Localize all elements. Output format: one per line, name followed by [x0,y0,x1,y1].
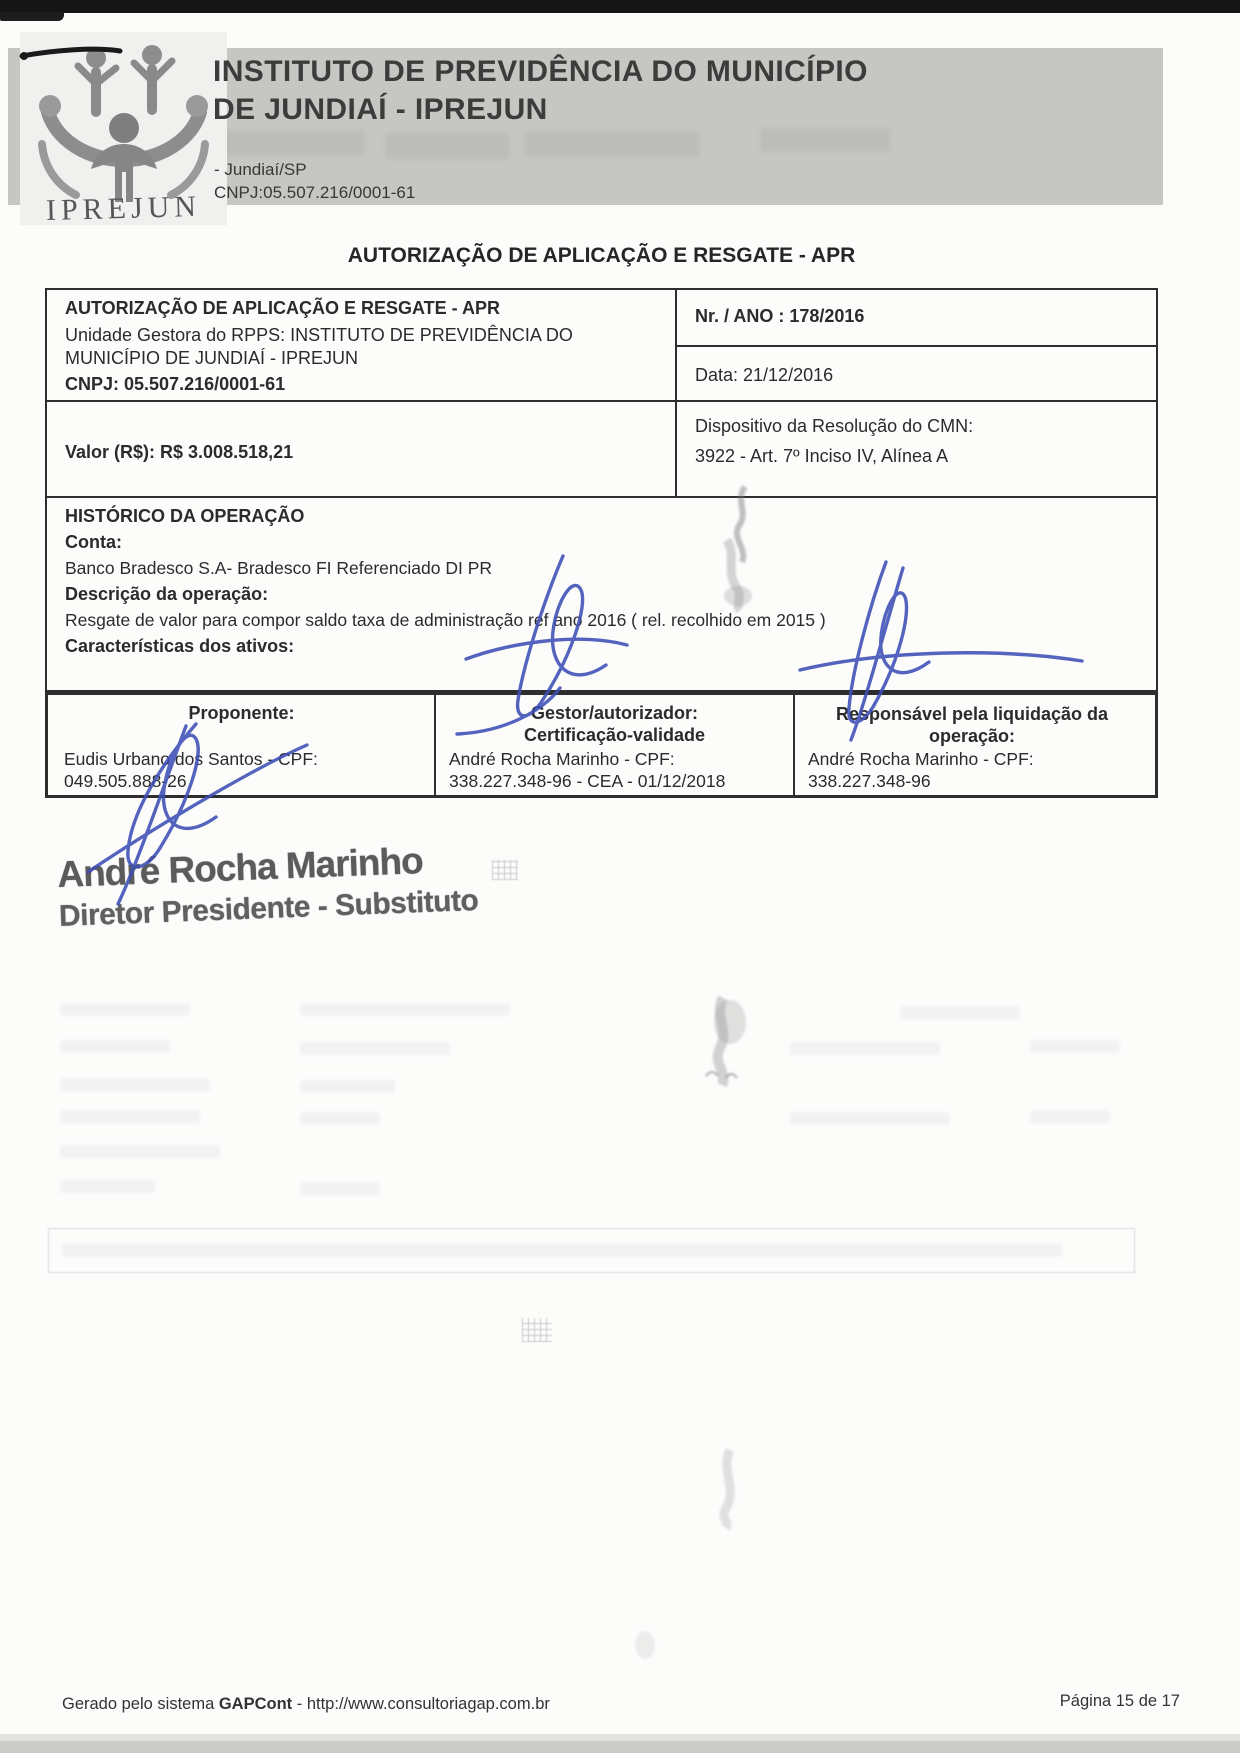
bleed-through-mark [62,1243,1062,1257]
valor: Valor (R$): R$ 3.008.518,21 [65,442,293,463]
scan-bottom-edge [0,1741,1240,1753]
nr-ano: Nr. / ANO : 178/2016 [695,306,864,327]
dispositivo-value: 3922 - Art. 7º Inciso IV, Alínea A [695,446,948,467]
footer-generated: Gerado pelo sistema GAPCont - http://www… [62,1695,550,1714]
bleed-through-mark [525,131,700,157]
bleed-through-mark [60,1180,155,1193]
apr-cell-title: AUTORIZAÇÃO DE APLICAÇÃO E RESGATE - APR [65,298,500,319]
dispositivo-label: Dispositivo da Resolução do CMN: [695,416,973,437]
bleed-through-mark [790,1112,950,1125]
footer-page-info: Página 15 de 17 [980,1692,1180,1711]
cell-data: Data: 21/12/2016 [675,345,1158,402]
bleed-through-mark [385,133,510,159]
data-value: Data: 21/12/2016 [695,365,833,386]
grid-smudge [492,860,518,880]
responsavel-header: Responsável pela liquidação da operação: [822,703,1122,747]
bleed-through-mark [760,128,890,152]
cell-historico: HISTÓRICO DA OPERAÇÃO Conta: Banco Brade… [45,498,1158,692]
org-name-line1: INSTITUTO DE PREVIDÊNCIA DO MUNICÍPIO [213,55,868,89]
cell-gestor: Gestor/autorizador: Certificação-validad… [434,692,795,798]
proponente-cpf: 049.505.888-26 [64,771,187,792]
footer-system-name: GAPCont [219,1695,292,1713]
scan-bottom-shadow [0,1734,1240,1741]
historico-title: HISTÓRICO DA OPERAÇÃO [65,506,304,527]
org-name-line2: DE JUNDIAÍ - IPREJUN [213,93,548,127]
descricao-label: Descrição da operação: [65,584,268,605]
org-cnpj: CNPJ:05.507.216/0001-61 [214,183,415,203]
form-cnpj: CNPJ: 05.507.216/0001-61 [65,374,285,395]
caracteristicas-label: Características dos ativos: [65,636,294,657]
gestor-header-line1: Gestor/autorizador: [435,703,794,724]
proponente-header: Proponente: [48,703,435,724]
bleed-through-mark [300,1112,380,1125]
gestor-name: André Rocha Marinho - CPF: [449,749,675,770]
conta-value: Banco Bradesco S.A- Bradesco FI Referenc… [65,558,492,579]
document-title: AUTORIZAÇÃO DE APLICAÇÃO E RESGATE - APR [45,244,1158,268]
bleed-through-mark [60,1145,220,1158]
cell-nr-ano: Nr. / ANO : 178/2016 [675,288,1158,347]
bleed-through-mark [1030,1110,1110,1123]
scan-top-edge [0,0,1240,13]
cell-apr-info: AUTORIZAÇÃO DE APLICAÇÃO E RESGATE - APR… [45,288,677,402]
gestor-header-line2: Certificação-validade [435,725,794,746]
conta-label: Conta: [65,532,122,553]
bleed-through-mark [300,1042,450,1055]
footer-generated-prefix: Gerado pelo sistema [62,1695,219,1713]
cell-proponente: Proponente: Eudis Urbano dos Santos - CP… [45,692,436,798]
bleed-through-mark [60,1003,190,1016]
bleed-through-mark [60,1078,210,1091]
footer-generated-suffix: - http://www.consultoriagap.com.br [292,1695,550,1713]
logo-wordmark: IPREJUN [20,189,228,228]
proponente-name: Eudis Urbano dos Santos - CPF: [64,749,318,770]
bleed-through-mark [60,1110,200,1123]
bleed-through-mark [790,1042,940,1055]
responsavel-cpf: 338.227.348-96 [808,771,931,792]
bleed-through-mark [1030,1040,1120,1053]
cell-valor: Valor (R$): R$ 3.008.518,21 [45,400,677,498]
gestor-cpf: 338.227.348-96 - CEA - 01/12/2018 [449,771,725,792]
responsavel-name: André Rocha Marinho - CPF: [808,749,1034,770]
bleed-through-mark [300,1182,380,1195]
bleed-through-mark [60,1040,170,1053]
bleed-through-mark [215,130,365,156]
bleed-through-mark [300,1080,395,1093]
org-location: - Jundiaí/SP [214,160,307,180]
unidade-gestora: Unidade Gestora do RPPS: INSTITUTO DE PR… [65,324,585,370]
cell-responsavel: Responsável pela liquidação da operação:… [793,692,1158,798]
descricao-value: Resgate de valor para compor saldo taxa … [65,610,826,631]
director-stamp: André Rocha Marinho Diretor Presidente -… [57,838,479,934]
scanned-document-page: IPREJUN INSTITUTO DE PREVIDÊNCIA DO MUNI… [0,0,1240,1753]
cell-dispositivo: Dispositivo da Resolução do CMN: 3922 - … [675,400,1158,498]
bleed-through-mark [300,1003,510,1016]
bleed-through-mark [900,1006,1020,1019]
grid-smudge [522,1318,552,1342]
iprejun-logo: IPREJUN [20,32,227,225]
scan-top-corner-mark [0,12,64,21]
